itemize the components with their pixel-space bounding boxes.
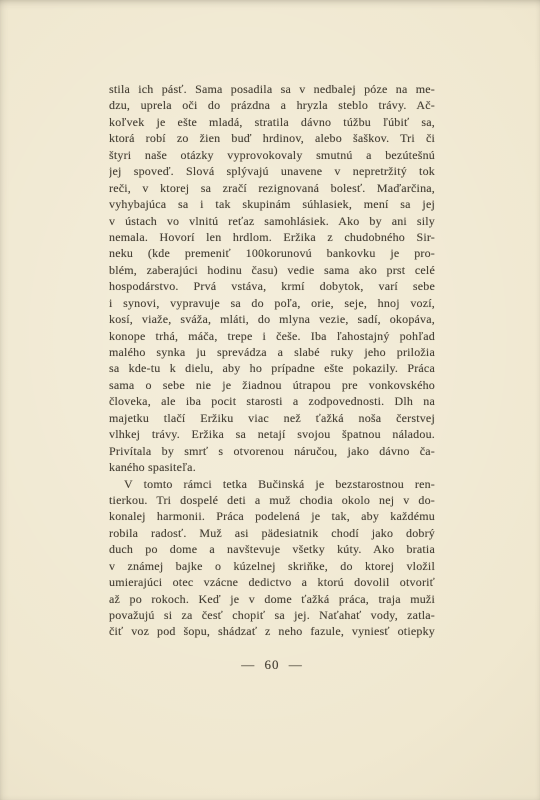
text-line: ktorá robí zo žien buď hrdinov, alebo ša…	[109, 130, 435, 146]
text-line: V tomto rámci tetka Bučinská je bezstaro…	[109, 476, 435, 492]
text-line: konope trhá, máča, trepe i češe. Iba ľah…	[109, 328, 435, 344]
text-line: jej spoveď. Slová splývajú unavene v nep…	[109, 163, 435, 179]
text-line: kosí, viaže, sváža, mláti, do mlyna vezi…	[109, 311, 435, 327]
text-line: človeka, ale iba pocit starosti a zodpov…	[109, 393, 435, 409]
text-line: blém, zaberajúci hodinu času) vedie sama…	[109, 262, 435, 278]
text-line: vyhybajúca sa i tak skupinám súhlasiek, …	[109, 196, 435, 212]
book-page: stila ich pásť. Sama posadila sa v nedba…	[0, 0, 540, 800]
text-line: duch po dome a navštevuje všetky kúty. A…	[109, 541, 435, 557]
text-line: vlhkej trávy. Eržika sa netají svojou šp…	[109, 426, 435, 442]
text-line: majetku tlačí Eržiku viac než ťažká noša…	[109, 410, 435, 426]
text-line: považujú si za česť chopiť sa jej. Naťah…	[109, 607, 435, 623]
text-line: neku (kde premeniť 100korunovú bankovku …	[109, 245, 435, 261]
text-line: dzu, uprela oči do prázdna a hryzla steb…	[109, 97, 435, 113]
text-line: i synovi, vypravuje sa do poľa, orie, se…	[109, 295, 435, 311]
text-line: sa kde-tu k dielu, aby ho prípadne ešte …	[109, 360, 435, 376]
text-line: robila radosť. Muž asi pädesiatnik chodí…	[109, 525, 435, 541]
text-line: konalej harmonii. Práca podelená je tak,…	[109, 508, 435, 524]
text-line: v známej bajke o kúzelnej skriňke, do kt…	[109, 558, 435, 574]
text-line: hospodárstvo. Prvá vstáva, krmí dobytok,…	[109, 278, 435, 294]
text-line: reči, v ktorej sa zračí rezignovaná bole…	[109, 180, 435, 196]
text-line: tierkou. Tri dospelé deti a muž chodia o…	[109, 492, 435, 508]
page-number: — 60 —	[109, 657, 435, 673]
text-line: Privítala by smrť s otvorenou náručou, j…	[109, 443, 435, 459]
text-line: sama o sebe nie je žiadnou útrapou pre v…	[109, 377, 435, 393]
text-line: malého synka ju sprevádza a slabé ruky j…	[109, 344, 435, 360]
text-line: čiť voz pod šopu, shádzať z neho fazule,…	[109, 623, 435, 639]
text-line: umierajúci otec vzácne dedictvo a ktorú …	[109, 574, 435, 590]
page-text: stila ich pásť. Sama posadila sa v nedba…	[109, 81, 435, 640]
text-line: až po rokoch. Keď je v dome ťažká práca,…	[109, 591, 435, 607]
text-line: štyri naše otázky vyprovokovaly smutnú a…	[109, 147, 435, 163]
text-line: nemala. Hovorí len hrdlom. Eržika z chud…	[109, 229, 435, 245]
text-line: kaného spasiteľa.	[109, 459, 435, 475]
text-line: koľvek je ešte mladá, stratila dávno túž…	[109, 114, 435, 130]
text-line: v ústach vo vlnitú reťaz samohlásiek. Ak…	[109, 213, 435, 229]
text-line: stila ich pásť. Sama posadila sa v nedba…	[109, 81, 435, 97]
